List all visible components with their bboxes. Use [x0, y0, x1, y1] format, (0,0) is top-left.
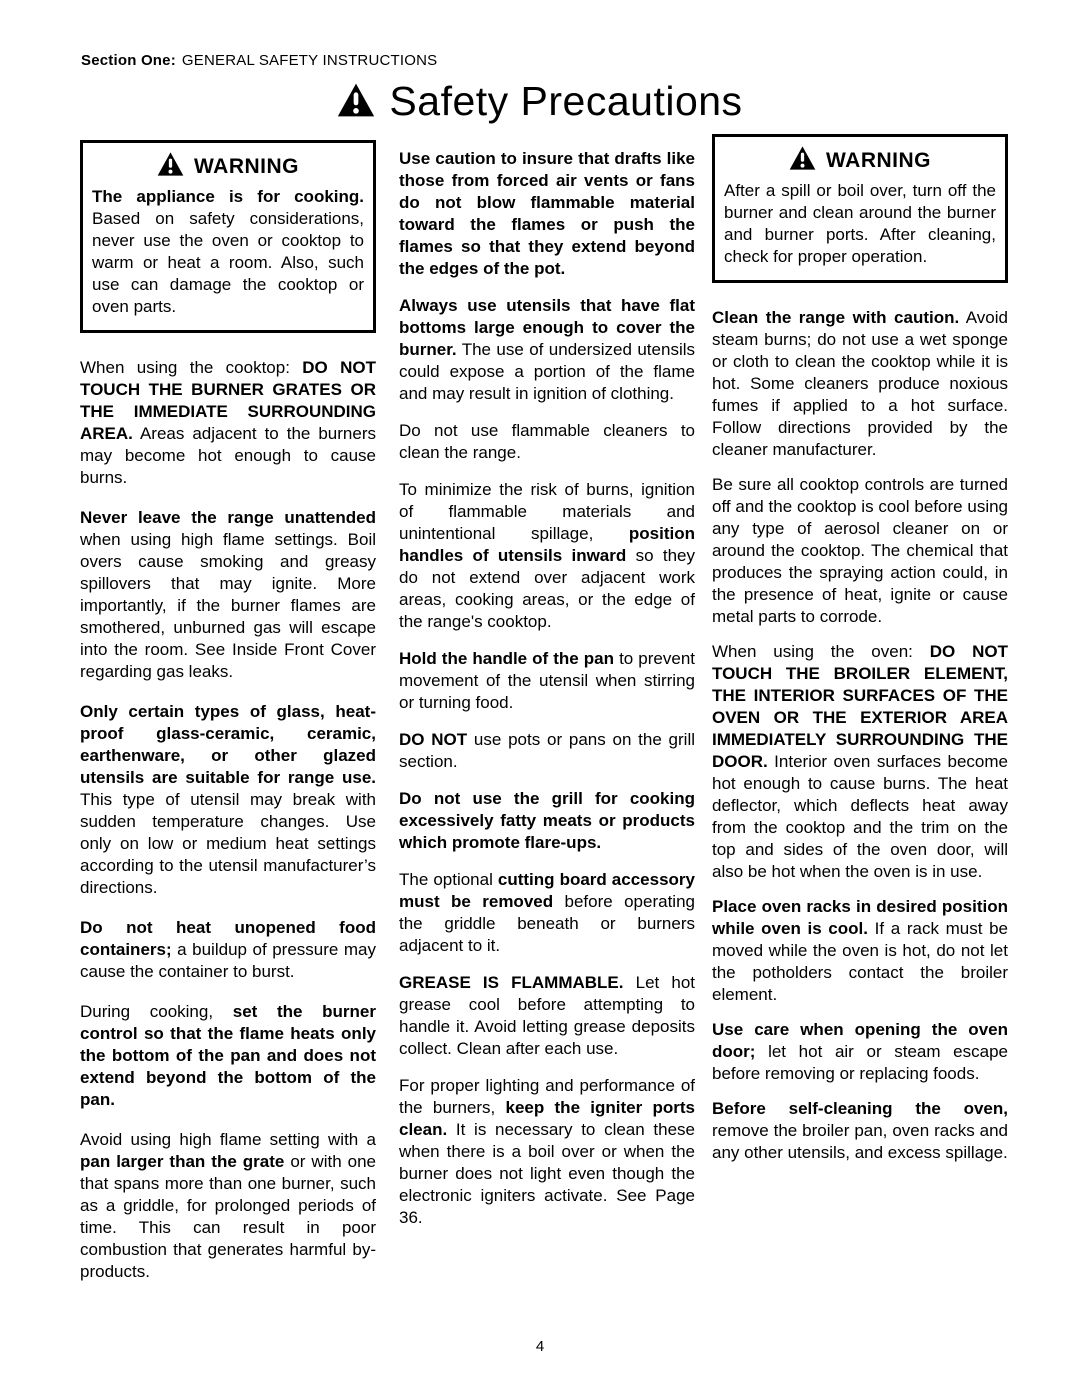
paragraph: When using the oven: DO NOT TOUCH THE BR…: [712, 641, 1008, 883]
section-header: Section One:GENERAL SAFETY INSTRUCTIONS: [81, 52, 437, 69]
section-label: Section One:: [81, 52, 176, 69]
paragraph: To minimize the risk of burns, ignition …: [399, 479, 695, 633]
paragraph: Never leave the range unattended when us…: [80, 507, 376, 683]
warning-triangle-icon: [337, 78, 375, 125]
paragraph: Do not use the grill for cooking excessi…: [399, 788, 695, 854]
paragraph: Use care when opening the oven door; let…: [712, 1019, 1008, 1085]
warning-box-right-header: WARNING: [724, 146, 996, 175]
paragraph: Use caution to insure that drafts like t…: [399, 148, 695, 280]
column-middle: Use caution to insure that drafts like t…: [399, 148, 695, 1244]
column-left-paragraphs: When using the cooktop: DO NOT TOUCH THE…: [80, 357, 376, 1283]
paragraph: Be sure all cooktop controls are turned …: [712, 474, 1008, 628]
paragraph: For proper lighting and performance of t…: [399, 1075, 695, 1229]
column-right: WARNING After a spill or boil over, turn…: [712, 134, 1008, 1177]
paragraph: Avoid using high flame setting with a pa…: [80, 1129, 376, 1283]
column-left: WARNING The appliance is for cooking. Ba…: [80, 140, 376, 1301]
warning-label: WARNING: [194, 156, 299, 178]
paragraph: Hold the handle of the pan to prevent mo…: [399, 648, 695, 714]
warning-box-left-header: WARNING: [92, 152, 364, 181]
paragraph: Always use utensils that have flat botto…: [399, 295, 695, 405]
paragraph: Clean the range with caution. Avoid stea…: [712, 307, 1008, 461]
page-number: 4: [0, 1338, 1080, 1355]
manual-page: Section One:GENERAL SAFETY INSTRUCTIONS …: [0, 0, 1080, 1397]
page-title: Safety Precautions: [0, 78, 1080, 125]
paragraph: DO NOT use pots or pans on the grill sec…: [399, 729, 695, 773]
column-right-paragraphs: Clean the range with caution. Avoid stea…: [712, 307, 1008, 1164]
paragraph: Before self-cleaning the oven, remove th…: [712, 1098, 1008, 1164]
paragraph: When using the cooktop: DO NOT TOUCH THE…: [80, 357, 376, 489]
column-middle-paragraphs: Use caution to insure that drafts like t…: [399, 148, 695, 1229]
warning-label: WARNING: [826, 150, 931, 172]
page-title-text: Safety Precautions: [389, 78, 742, 125]
section-title: GENERAL SAFETY INSTRUCTIONS: [182, 52, 437, 69]
warning-box-left: WARNING The appliance is for cooking. Ba…: [80, 140, 376, 333]
warning-triangle-icon: [789, 146, 816, 175]
paragraph: Only certain types of glass, heat-proof …: [80, 701, 376, 899]
paragraph: Place oven racks in desired position whi…: [712, 896, 1008, 1006]
paragraph: Do not use flammable cleaners to clean t…: [399, 420, 695, 464]
paragraph: During cooking, set the burner control s…: [80, 1001, 376, 1111]
warning-box-right-text: After a spill or boil over, turn off the…: [724, 180, 996, 268]
warning-triangle-icon: [157, 152, 184, 181]
warning-box-left-text: The appliance is for cooking. Based on s…: [92, 186, 364, 318]
paragraph: The optional cutting board accessory mus…: [399, 869, 695, 957]
warning-box-right: WARNING After a spill or boil over, turn…: [712, 134, 1008, 283]
paragraph: GREASE IS FLAMMABLE. Let hot grease cool…: [399, 972, 695, 1060]
paragraph: Do not heat unopened food containers; a …: [80, 917, 376, 983]
